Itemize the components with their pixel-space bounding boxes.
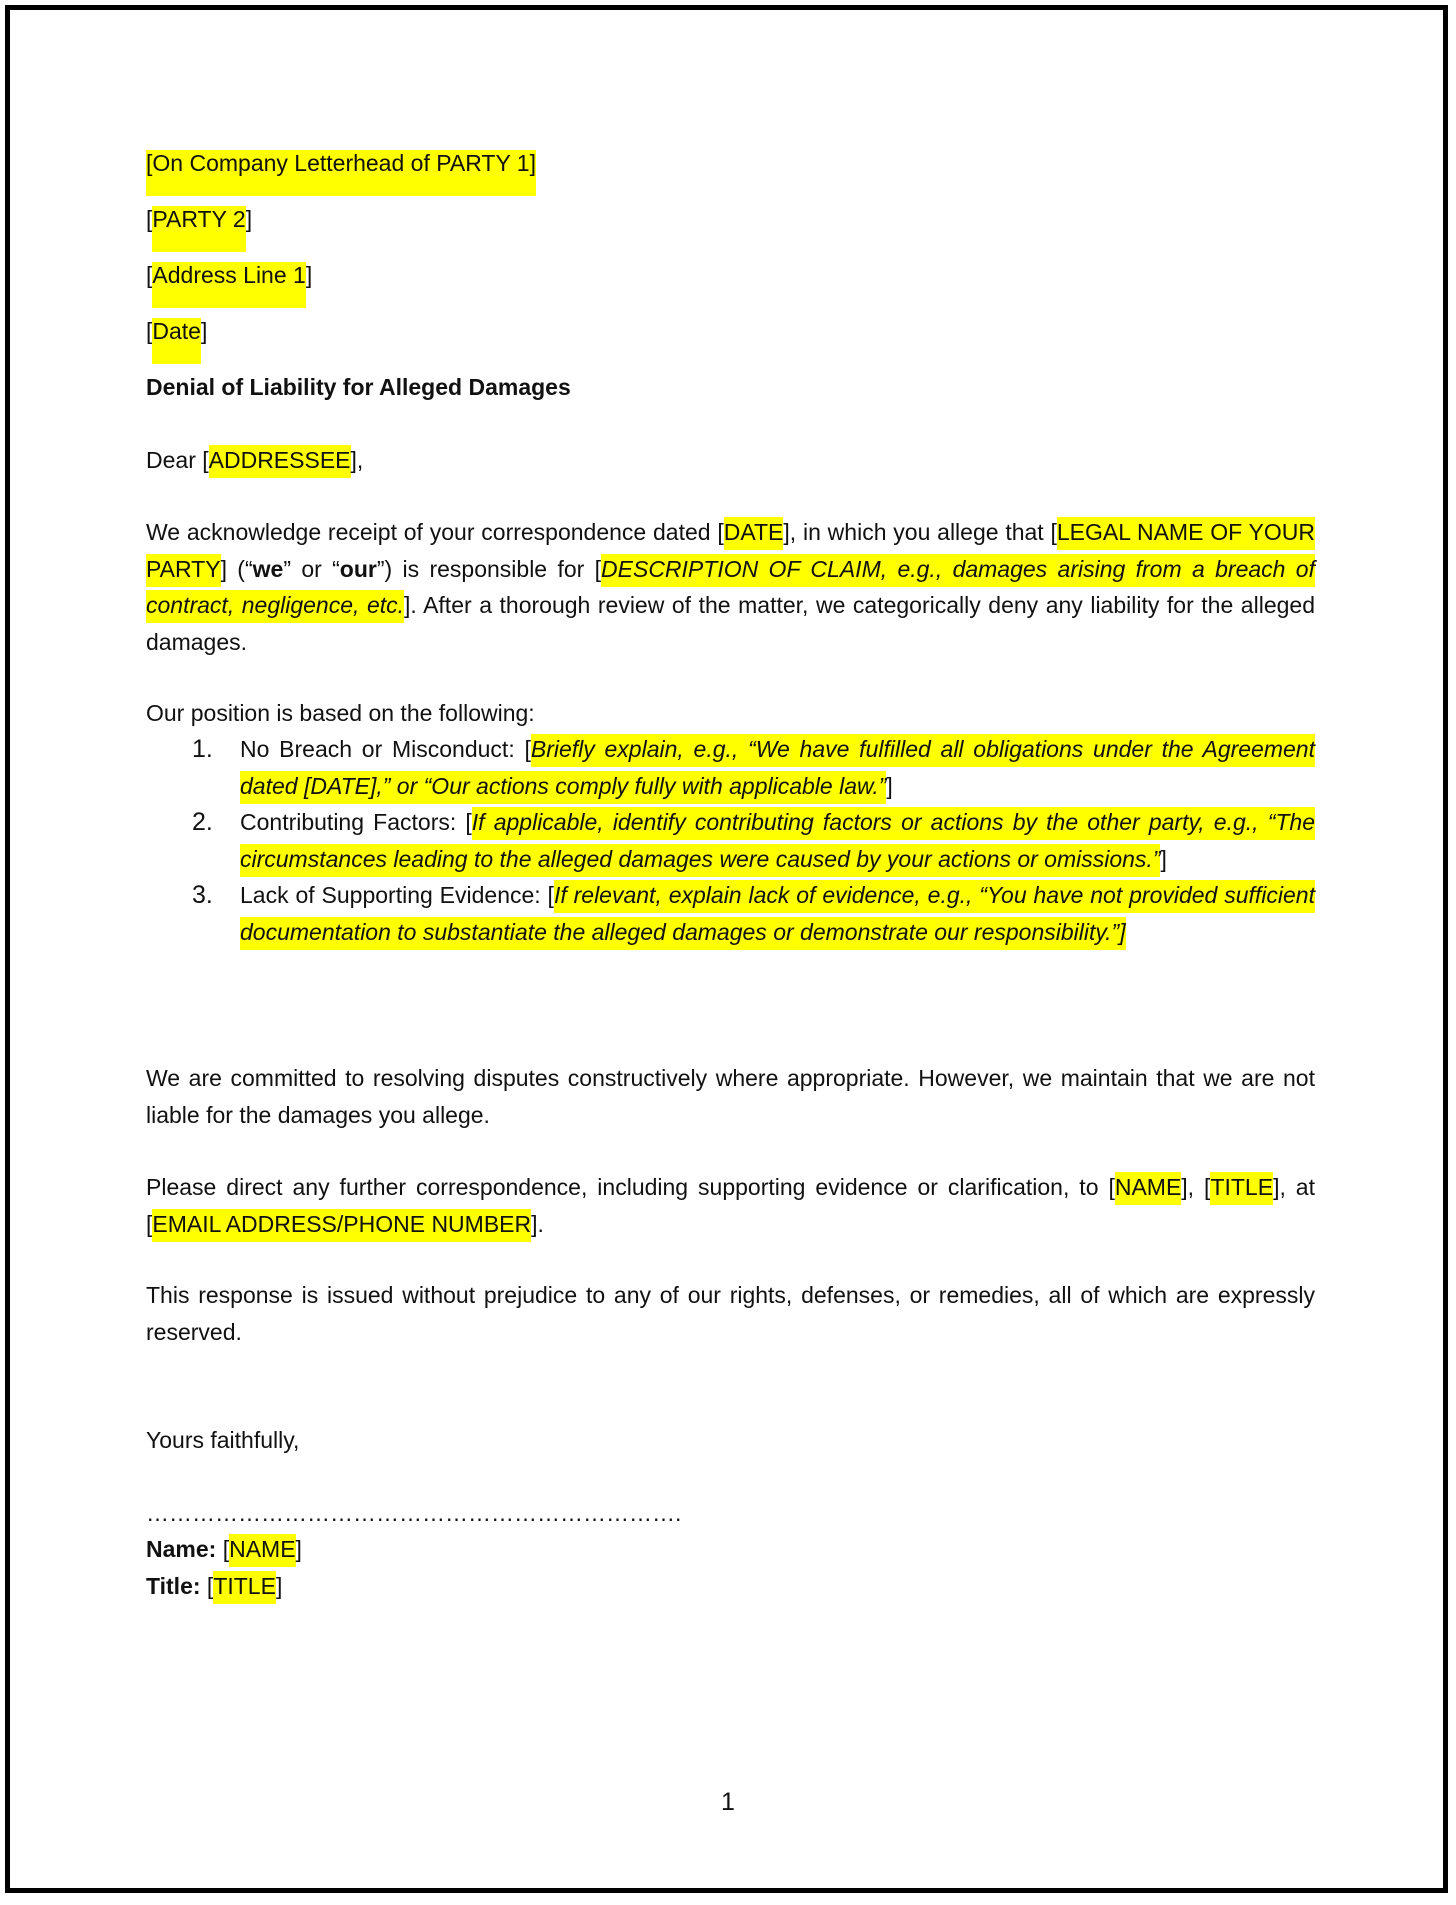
address-placeholder[interactable]: Address Line 1 — [152, 262, 305, 308]
signature-line: ……………………………………………………………. — [146, 1495, 681, 1532]
recipient-placeholder[interactable]: PARTY 2 — [152, 206, 245, 252]
list-number: 3. — [192, 877, 213, 914]
list-item: 1.No Breach or Misconduct: [Briefly expl… — [146, 731, 1315, 804]
contact-title-placeholder[interactable]: TITLE — [1210, 1172, 1273, 1205]
paragraph-acknowledgement: We acknowledge receipt of your correspon… — [146, 514, 1315, 660]
page-number: 1 — [0, 1788, 1456, 1817]
signatory-title: Title: [TITLE] — [146, 1568, 282, 1605]
list-item: 3.Lack of Supporting Evidence: [If relev… — [146, 877, 1315, 950]
contact-name-placeholder[interactable]: NAME — [1115, 1172, 1181, 1205]
signatory-name: Name: [NAME] — [146, 1531, 302, 1568]
address-line: [Address Line 1] — [146, 257, 312, 294]
position-intro: Our position is based on the following: — [146, 695, 535, 732]
list-number: 2. — [192, 804, 213, 841]
correspondence-date-placeholder[interactable]: DATE — [724, 517, 784, 550]
signatory-name-placeholder[interactable]: NAME — [229, 1534, 295, 1567]
list-item: 2.Contributing Factors: [If applicable, … — [146, 804, 1315, 877]
paragraph-commitment: We are committed to resolving disputes c… — [146, 1060, 1315, 1133]
letterhead-line: [On Company Letterhead of PARTY 1] — [146, 145, 536, 182]
signatory-title-placeholder[interactable]: TITLE — [213, 1571, 276, 1604]
list-number: 1. — [192, 731, 213, 768]
date-line: [Date] — [146, 313, 207, 350]
date-placeholder[interactable]: Date — [152, 318, 201, 364]
paragraph-reservation: This response is issued without prejudic… — [146, 1277, 1315, 1350]
grounds-list: 1.No Breach or Misconduct: [Briefly expl… — [146, 731, 1315, 951]
paragraph-contact: Please direct any further correspondence… — [146, 1169, 1315, 1242]
salutation: Dear [ADDRESSEE], — [146, 442, 363, 479]
letterhead-placeholder[interactable]: On Company Letterhead of PARTY 1 — [152, 150, 529, 176]
recipient-line: [PARTY 2] — [146, 201, 252, 238]
subject-heading: Denial of Liability for Alleged Damages — [146, 369, 571, 406]
closing: Yours faithfully, — [146, 1422, 299, 1459]
addressee-placeholder[interactable]: ADDRESSEE — [209, 445, 351, 478]
contact-details-placeholder[interactable]: EMAIL ADDRESS/PHONE NUMBER — [152, 1209, 531, 1242]
